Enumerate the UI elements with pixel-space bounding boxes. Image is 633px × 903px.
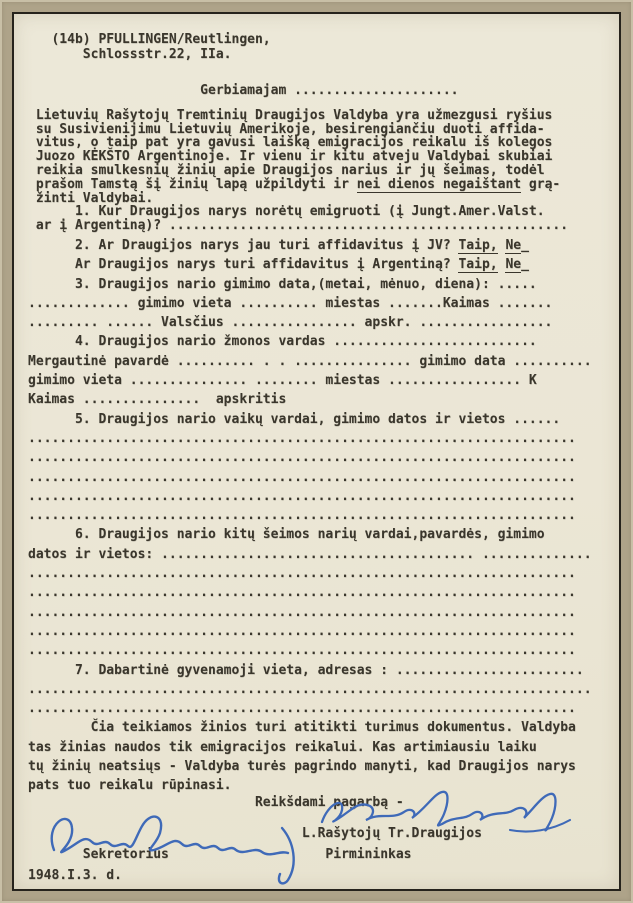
date-line: 1948.I.3. d. bbox=[28, 869, 611, 883]
text-line: 4. Draugijos nario žmonos vardas .......… bbox=[28, 332, 611, 351]
text-line: 2. Ar Draugijos narys jau turi affidavit… bbox=[28, 236, 611, 255]
return-address: (14b) PFULLINGEN/Reutlingen, Schlossstr.… bbox=[28, 32, 611, 62]
text-line: Reikšdami pagarbą - bbox=[28, 796, 611, 810]
text-line: su Susivienijimu Lietuvių Amerikoje, bes… bbox=[28, 123, 611, 137]
text-line: Čia teikiamos žinios turi atitikti turim… bbox=[28, 718, 611, 737]
text-line: ........................................… bbox=[28, 699, 611, 718]
text-line: prašom Tamstą šį žinių lapą užpildyti ir… bbox=[28, 178, 611, 192]
text-line: Ar Draugijos narys turi affidavitus į Ar… bbox=[28, 255, 611, 274]
underlined-text: Ne bbox=[505, 257, 521, 273]
text-line: Kaimas ............... apskritis bbox=[28, 390, 611, 409]
scan-frame: (14b) PFULLINGEN/Reutlingen, Schlossstr.… bbox=[0, 0, 633, 903]
underlined-text: Taip, bbox=[458, 257, 497, 273]
text-line: ........................................… bbox=[28, 429, 611, 448]
text-line: Schlossstr.22, IIa. bbox=[28, 47, 611, 62]
underlined-text: Ne bbox=[505, 238, 521, 254]
text-line: 5. Draugijos nario vaikų vardai, gimimo … bbox=[28, 410, 611, 429]
text-line: žinti Valdybai. bbox=[28, 192, 611, 206]
text-line: ar į Argentiną)? .......................… bbox=[28, 219, 611, 233]
text-line: Mergautinė pavardė .......... . . ......… bbox=[28, 352, 611, 371]
roles-line: Sekretorius Pirmininkas bbox=[28, 845, 611, 864]
text-line: ........................................… bbox=[28, 622, 611, 641]
text-line: Juozo KĖKŠTO Argentinoje. Ir vienu ir ki… bbox=[28, 150, 611, 164]
text-line: Gerbiamajam ..................... bbox=[28, 84, 611, 98]
form-questions: 2. Ar Draugijos narys jau turi affidavit… bbox=[28, 236, 611, 796]
text-line: ........................................… bbox=[28, 680, 611, 699]
text-line: 6. Draugijos nario kitų šeimos narių var… bbox=[28, 525, 611, 544]
text-line: ......... ...... Valsčius ..............… bbox=[28, 313, 611, 332]
text-line: 1. Kur Draugijos narys norėtų emigruoti … bbox=[28, 205, 611, 219]
text-line: ........................................… bbox=[28, 506, 611, 525]
salutation: Gerbiamajam ..................... bbox=[28, 84, 611, 98]
text-line: Lietuvių Rašytojų Tremtinių Draugijos Va… bbox=[28, 109, 611, 123]
text-line: ........................................… bbox=[28, 487, 611, 506]
intro-paragraph: Lietuvių Rašytojų Tremtinių Draugijos Va… bbox=[28, 109, 611, 233]
text-line: tas žinias naudos tik emigracijos reikal… bbox=[28, 738, 611, 757]
text-segment: Ar Draugijos narys turi affidavitus į Ar… bbox=[28, 257, 458, 272]
text-segment: _ bbox=[521, 238, 529, 253]
text-line: gimimo vieta ............... ........ mi… bbox=[28, 371, 611, 390]
text-line: ............. gimimo vieta .......... mi… bbox=[28, 294, 611, 313]
text-line: reikia smulkesnių žinių apie Draugijos n… bbox=[28, 164, 611, 178]
text-segment: 2. Ar Draugijos narys jau turi affidavit… bbox=[28, 238, 458, 253]
text-segment: _ bbox=[521, 257, 529, 272]
text-line: L.Rašytojų Tr.Draugijos bbox=[28, 824, 611, 843]
text-line: (14b) PFULLINGEN/Reutlingen, bbox=[28, 32, 611, 47]
text-segment: grą- bbox=[521, 177, 560, 192]
org-name-line: L.Rašytojų Tr.Draugijos bbox=[28, 824, 611, 843]
document-page: (14b) PFULLINGEN/Reutlingen, Schlossstr.… bbox=[12, 12, 621, 891]
text-line: ........................................… bbox=[28, 583, 611, 602]
text-segment: prašom Tamstą šį žinių lapą užpildyti ir bbox=[28, 177, 357, 192]
text-line: ........................................… bbox=[28, 641, 611, 660]
text-line: ........................................… bbox=[28, 448, 611, 467]
text-line: ........................................… bbox=[28, 564, 611, 583]
underlined-text: nei dienos negaištant bbox=[357, 177, 521, 193]
text-line: tų žinių neatsiųs - Valdyba turės pagrin… bbox=[28, 757, 611, 776]
text-line: 7. Dabartinė gyvenamoji vieta, adresas :… bbox=[28, 661, 611, 680]
text-line: Sekretorius Pirmininkas bbox=[28, 845, 611, 864]
text-line: ........................................… bbox=[28, 603, 611, 622]
text-line: 1948.I.3. d. bbox=[28, 869, 611, 883]
text-line: ........................................… bbox=[28, 468, 611, 487]
valediction: Reikšdami pagarbą - bbox=[28, 796, 611, 810]
text-line: pats tuo reikalu rūpinasi. bbox=[28, 776, 611, 795]
text-line: datos ir vietos: .......................… bbox=[28, 545, 611, 564]
text-line: 3. Draugijos nario gimimo data,(metai, m… bbox=[28, 275, 611, 294]
underlined-text: Taip, bbox=[458, 238, 497, 254]
